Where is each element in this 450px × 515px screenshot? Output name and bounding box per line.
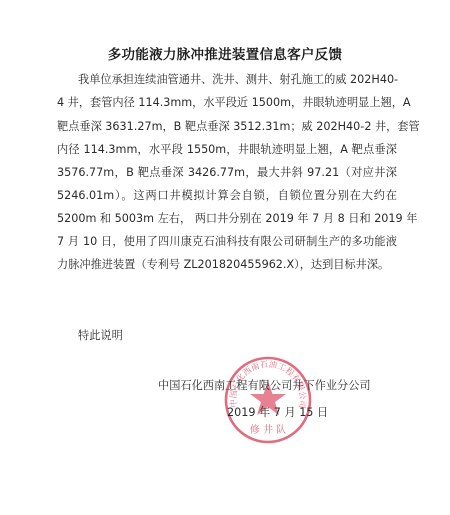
closing-remark: 特此说明 — [78, 327, 123, 343]
signature-date: 2019 年 7 月 15 日 — [227, 404, 328, 420]
document-page: 多功能液力脉冲推进装置信息客户反馈 我单位承担连续油管通井、洗井、测井、射孔施工… — [0, 0, 450, 515]
signature-company: 中国石化西南工程有限公司井下作业分公司 — [158, 377, 371, 393]
body-line: 力脉冲推进装置（专利号 ZL201820455962.X），达到目标井深。 — [57, 258, 397, 272]
body-line: 7 月 10 日，使用了四川康克石油科技有限公司研制生产的多功能液 — [57, 235, 397, 249]
body-line: 5246.01m）。这两口井模拟计算会自锁，自锁位置分别在大约在 — [57, 189, 397, 203]
body-line: 我单位承担连续油管通井、洗井、测井、射孔施工的威 202H40- — [78, 73, 397, 87]
official-seal-icon: 中国石化西南石油工程有限公司井下作业分公司 修 井 队 — [223, 355, 313, 445]
body-line: 靶点垂深 3631.27m，B 靶点垂深 3512.31m；威 202H40-2… — [57, 120, 397, 134]
body-line: 3576.77m，B 靶点垂深 3426.77m，最大井斜 97.21（对应井深 — [57, 166, 397, 180]
svg-text:修 井 队: 修 井 队 — [250, 423, 286, 436]
body-line: 内径 114.3mm，水平段 1550m，井眼轨迹明显上翘，A 靶点垂深 — [57, 143, 397, 157]
document-title: 多功能液力脉冲推进装置信息客户反馈 — [0, 43, 450, 63]
body-line: 5200m 和 5003m 左右， 两口井分别在 2019 年 7 月 8 日和… — [57, 212, 397, 226]
body-line: 4 井，套管内径 114.3mm，水平段近 1500m，井眼轨迹明显上翘，A — [57, 96, 397, 110]
